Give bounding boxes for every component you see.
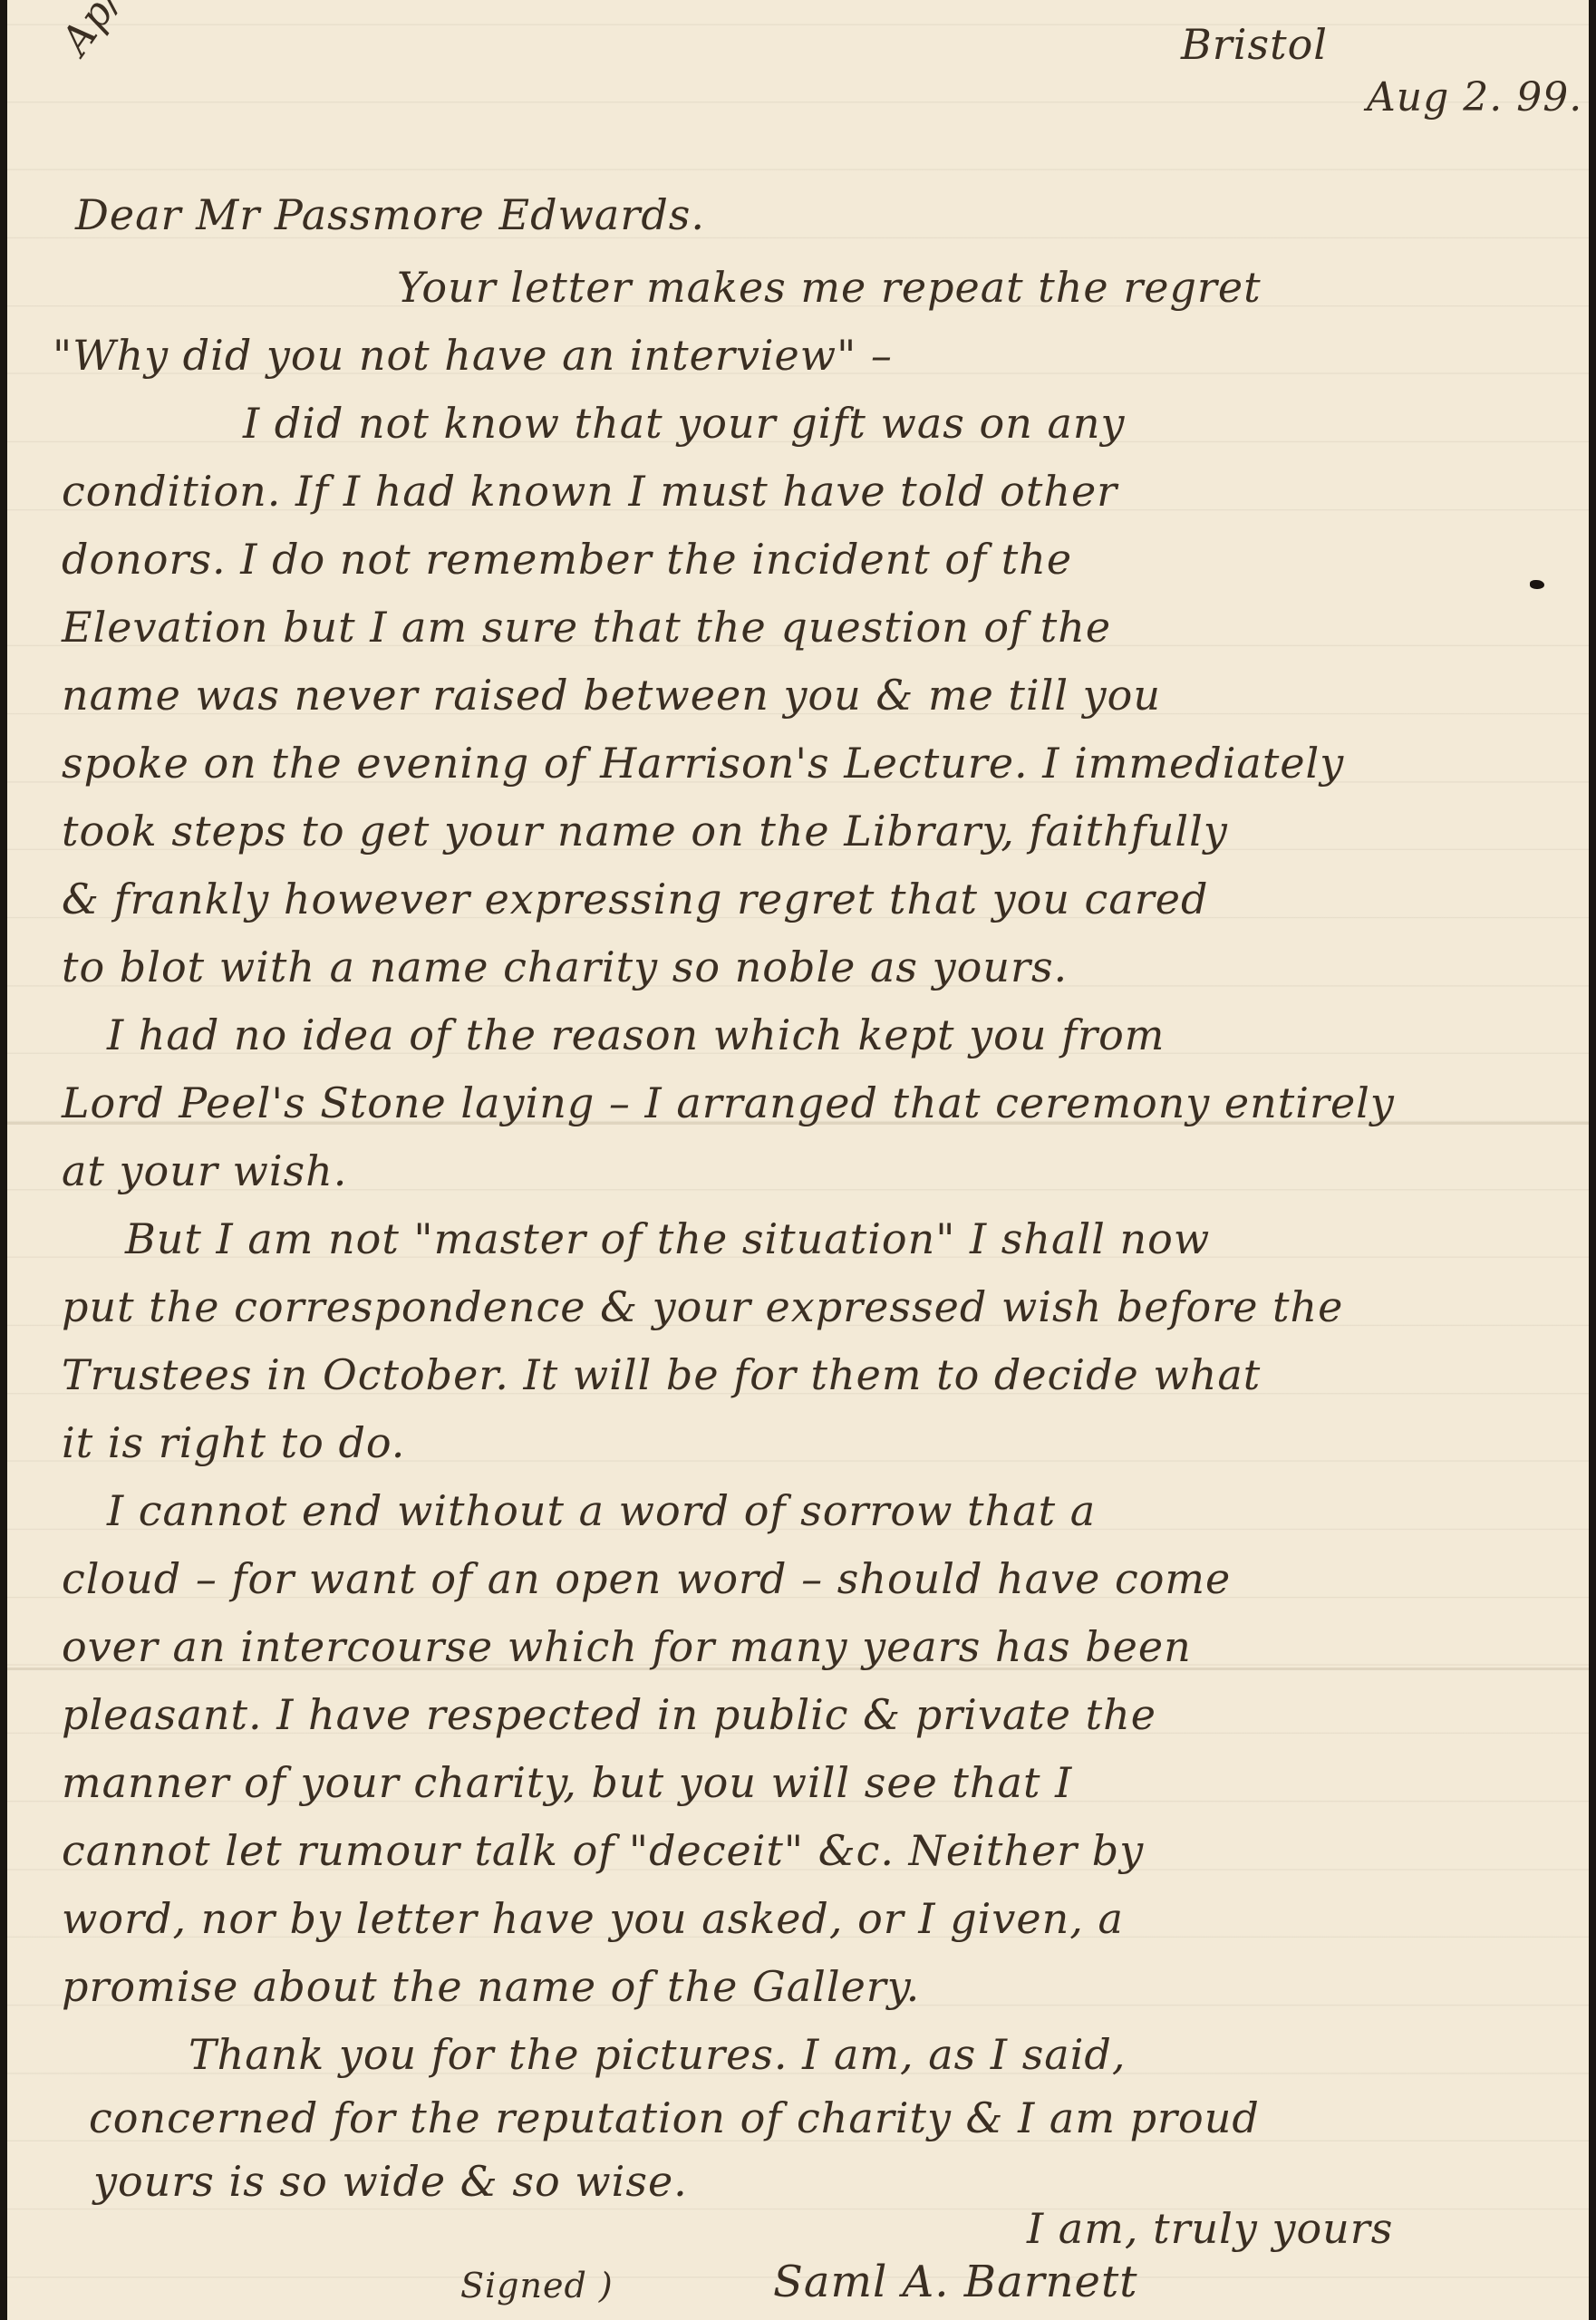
body-line: Your letter makes me repeat the regret [397,263,1262,312]
corner-annotation: Ap/ [53,0,131,63]
body-line: cannot let rumour talk of "deceit" &c. N… [62,1826,1144,1875]
body-line: took steps to get your name on the Libra… [62,807,1228,855]
body-line: it is right to do. [62,1418,405,1467]
body-line: I had no idea of the reason which kept y… [107,1010,1165,1059]
body-line: to blot with a name charity so noble as … [62,942,1068,991]
closing: I am, truly yours [1027,2204,1393,2253]
body-line: "Why did you not have an interview" – [53,331,893,380]
body-line: Lord Peel's Stone laying – I arranged th… [62,1078,1395,1127]
salutation: Dear Mr Passmore Edwards. [75,190,705,239]
body-line: promise about the name of the Gallery. [62,1962,920,2011]
body-line: concerned for the reputation of charity … [89,2093,1260,2142]
letter-place: Bristol [1181,20,1328,69]
body-line: word, nor by letter have you asked, or I… [62,1894,1124,1943]
ink-blot-mark [1530,580,1544,589]
body-line: name was never raised between you & me t… [62,671,1161,720]
body-line: pleasant. I have respected in public & p… [62,1690,1156,1739]
body-line: & frankly however expressing regret that… [62,875,1208,923]
body-line: I did not know that your gift was on any [243,399,1126,448]
body-line: donors. I do not remember the incident o… [62,535,1072,584]
body-line: cloud – for want of an open word – shoul… [62,1554,1231,1603]
body-line: yours is so wide & so wise. [93,2157,688,2206]
body-line: spoke on the evening of Harrison's Lectu… [62,739,1344,788]
body-line: condition. If I had known I must have to… [62,467,1117,516]
letter-date: Aug 2. 99. [1367,74,1582,121]
body-line: at your wish. [62,1146,347,1195]
body-line: over an intercourse which for many years… [62,1622,1192,1671]
body-line: I cannot end without a word of sorrow th… [107,1486,1096,1535]
body-line: But I am not "master of the situation" I… [125,1214,1210,1263]
body-line: Elevation but I am sure that the questio… [62,603,1111,652]
body-line: Thank you for the pictures. I am, as I s… [189,2030,1127,2079]
body-line: put the correspondence & your expressed … [62,1282,1343,1331]
body-line: manner of your charity, but you will see… [62,1758,1072,1807]
body-line: Trustees in October. It will be for them… [62,1350,1261,1399]
letter-sheet: Ap/ Bristol Aug 2. 99. Dear Mr Passmore … [7,0,1589,2320]
signature: Saml A. Barnett [773,2257,1138,2307]
signed-label: Signed ) [460,2266,614,2305]
